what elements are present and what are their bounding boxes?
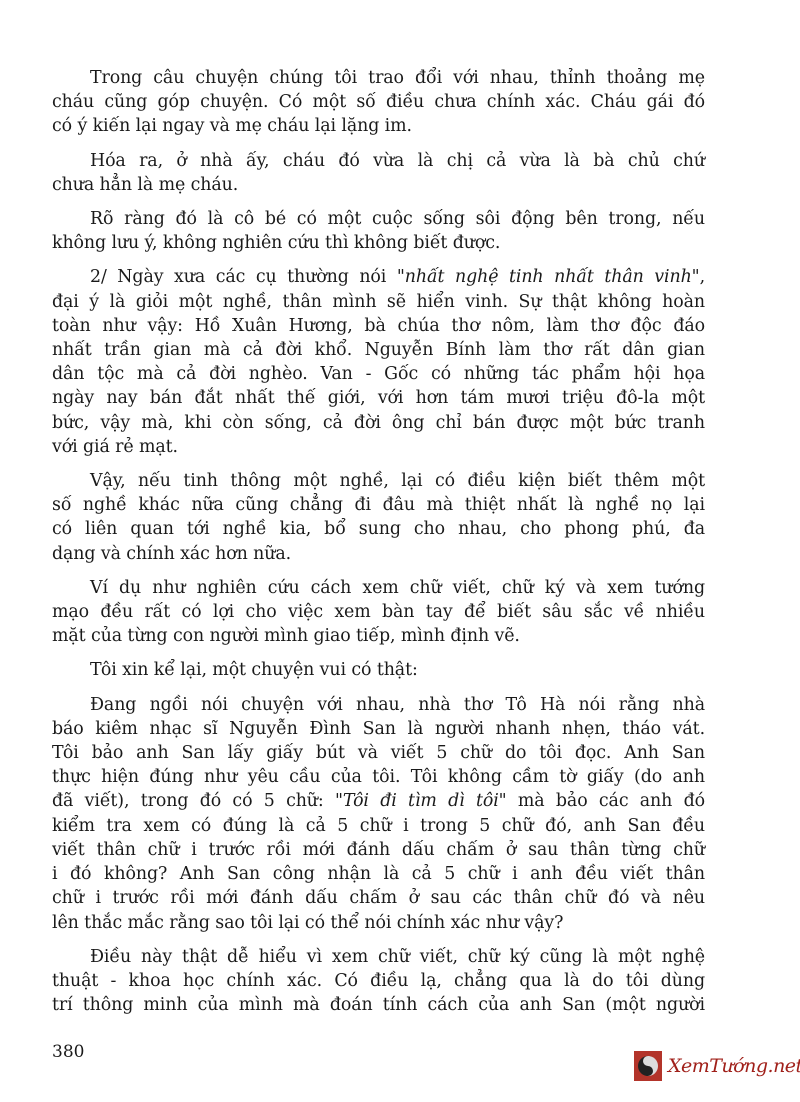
paragraph: Vậy, nếu tinh thông một nghề, lại có điề…: [52, 469, 705, 566]
text-line: dạng và chính xác hơn nữa.: [52, 542, 705, 566]
text-line: Tôi bảo anh San lấy giấy bút và viết 5 c…: [52, 741, 705, 765]
logo-badge: [634, 1051, 662, 1081]
text-line: lên thắc mắc rằng sao tôi lại có thể nói…: [52, 911, 705, 935]
text-line: Vậy, nếu tinh thông một nghề, lại có điề…: [52, 469, 705, 493]
text-line: i đó không? Anh San công nhận là cả 5 ch…: [52, 862, 705, 886]
text-line: Ví dụ như nghiên cứu cách xem chữ viết, …: [52, 576, 705, 600]
paragraph: Hóa ra, ở nhà ấy, cháu đó vừa là chị cả …: [52, 149, 705, 197]
text-line: đã viết), trong đó có 5 chữ: "Tôi đi tìm…: [52, 789, 705, 813]
text-line: kiểm tra xem có đúng là cả 5 chữ i trong…: [52, 814, 705, 838]
paragraph: Đang ngồi nói chuyện với nhau, nhà thơ T…: [52, 693, 705, 935]
page-number: 380: [52, 1042, 84, 1062]
yin-yang-icon: [638, 1056, 658, 1076]
text-line: có liên quan tới nghề kia, bổ sung cho n…: [52, 517, 705, 541]
text-line: viết thân chữ i trước rồi mới đánh dấu c…: [52, 838, 705, 862]
text-line: mạo đều rất có lợi cho việc xem bàn tay …: [52, 600, 705, 624]
text-line: trí thông minh của mình mà đoán tính các…: [52, 993, 705, 1017]
text-line: nhất trần gian mà cả đời khổ. Nguyễn Bín…: [52, 338, 705, 362]
text-line: Tôi xin kể lại, một chuyện vui có thật:: [52, 658, 705, 682]
text-line: Đang ngồi nói chuyện với nhau, nhà thơ T…: [52, 693, 705, 717]
paragraph: 2/ Ngày xưa các cụ thường nói "nhất nghệ…: [52, 265, 705, 459]
paragraph: Rõ ràng đó là cô bé có một cuộc sống sôi…: [52, 207, 705, 255]
site-logo[interactable]: XemTướng.net: [634, 1051, 800, 1081]
text-line: cháu cũng góp chuyện. Có một số điều chư…: [52, 90, 705, 114]
paragraph: Trong câu chuyện chúng tôi trao đổi với …: [52, 66, 705, 139]
text-line: thực hiện đúng như yêu cầu của tôi. Tôi …: [52, 765, 705, 789]
document-body: Trong câu chuyện chúng tôi trao đổi với …: [52, 66, 705, 1027]
text-line: thuật - khoa học chính xác. Có điều lạ, …: [52, 969, 705, 993]
text-line: Rõ ràng đó là cô bé có một cuộc sống sôi…: [52, 207, 705, 231]
text-line: 2/ Ngày xưa các cụ thường nói "nhất nghệ…: [52, 265, 705, 289]
text-line: chữ i trước rồi mới đánh dấu chấm ở sau …: [52, 886, 705, 910]
text-line: dân tộc mà cả đời nghèo. Van - Gốc có nh…: [52, 362, 705, 386]
paragraph: Ví dụ như nghiên cứu cách xem chữ viết, …: [52, 576, 705, 649]
text-line: không lưu ý, không nghiên cứu thì không …: [52, 231, 705, 255]
italic-quote: "nhất nghệ tinh nhất thân vinh": [397, 267, 700, 287]
text-line: Điều này thật dễ hiểu vì xem chữ viết, c…: [52, 945, 705, 969]
text-line: số nghề khác nữa cũng chẳng đi đâu mà th…: [52, 493, 705, 517]
text-line: ngày nay bán đắt nhất thế giới, với hơn …: [52, 386, 705, 410]
logo-text: XemTướng.net: [668, 1055, 800, 1077]
text-line: chưa hẳn là mẹ cháu.: [52, 173, 705, 197]
italic-quote: "Tôi đi tìm dì tôi": [335, 791, 507, 811]
text-line: toàn như vậy: Hồ Xuân Hương, bà chúa thơ…: [52, 314, 705, 338]
text-line: bức, vậy mà, khi còn sống, cả đời ông ch…: [52, 411, 705, 435]
text-line: có ý kiến lại ngay và mẹ cháu lại lặng i…: [52, 114, 705, 138]
text-line: Trong câu chuyện chúng tôi trao đổi với …: [52, 66, 705, 90]
text-line: đại ý là giỏi một nghề, thân mình sẽ hiể…: [52, 290, 705, 314]
paragraph: Tôi xin kể lại, một chuyện vui có thật:: [52, 658, 705, 682]
text-line: mặt của từng con người mình giao tiếp, m…: [52, 624, 705, 648]
text-line: Hóa ra, ở nhà ấy, cháu đó vừa là chị cả …: [52, 149, 705, 173]
text-line: với giá rẻ mạt.: [52, 435, 705, 459]
text-line: báo kiêm nhạc sĩ Nguyễn Đình San là ngườ…: [52, 717, 705, 741]
paragraph: Điều này thật dễ hiểu vì xem chữ viết, c…: [52, 945, 705, 1018]
